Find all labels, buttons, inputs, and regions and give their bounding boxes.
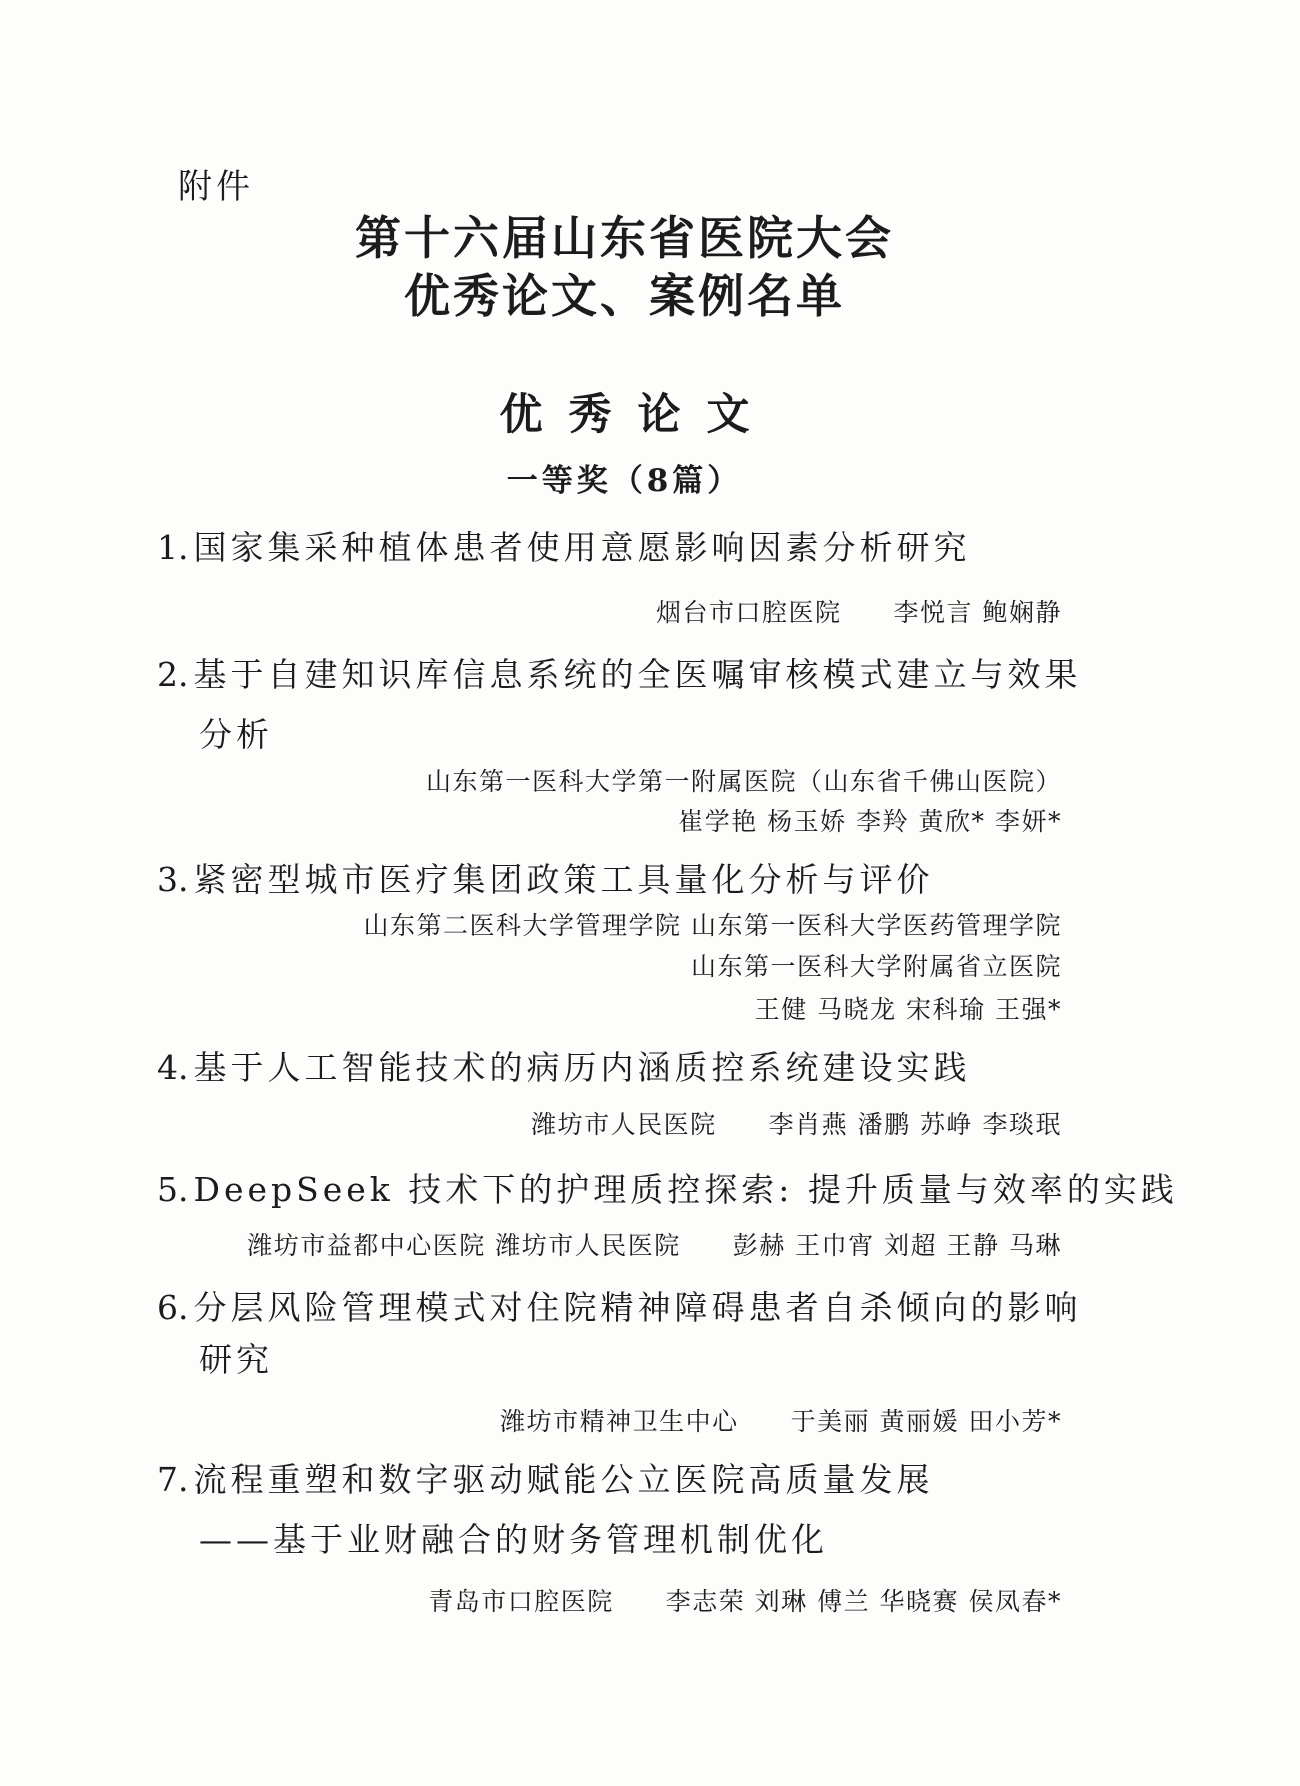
paper-6-affiliation: 潍坊市精神卫生中心于美丽 黄丽媛 田小芳*: [500, 1408, 1062, 1437]
paper-1-title: 1.国家集采种植体患者使用意愿影响因素分析研究: [157, 529, 971, 567]
paper-5-institution: 潍坊市益都中心医院 潍坊市人民医院: [247, 1231, 680, 1260]
paper-5-authors: 彭赫 王巾宵 刘超 王静 马琳: [733, 1231, 1062, 1260]
paper-6-title: 6.分层风险管理模式对住院精神障碍患者自杀倾向的影响: [157, 1289, 1082, 1327]
paper-6-title-cont: 研究: [199, 1341, 273, 1379]
paper-2-number: 2.: [157, 656, 189, 694]
paper-4-title: 4.基于人工智能技术的病历内涵质控系统建设实践: [157, 1049, 971, 1087]
paper-2-title: 2.基于自建知识库信息系统的全医嘱审核模式建立与效果: [157, 656, 1082, 694]
paper-3-institution-line-2: 山东第一医科大学附属省立医院: [691, 953, 1062, 982]
paper-7-authors: 李志荣 刘琳 傅兰 华晓赛 侯凤春*: [666, 1587, 1062, 1616]
paper-2-authors-line: 崔学艳 杨玉娇 李羚 黄欣* 李妍*: [678, 808, 1062, 837]
paper-6-institution: 潍坊市精神卫生中心: [500, 1407, 739, 1436]
paper-2-institution: 山东第一医科大学第一附属医院（山东省千佛山医院）: [426, 767, 1062, 796]
paper-5-title: 5.DeepSeek 技术下的护理质控探索: 提升质量与效率的实践: [157, 1171, 1178, 1209]
paper-3-institution-line-1: 山东第二医科大学管理学院 山东第一医科大学医药管理学院: [364, 912, 1062, 941]
paper-2-title-text: 基于自建知识库信息系统的全医嘱审核模式建立与效果: [194, 655, 1082, 694]
paper-7-institution: 青岛市口腔医院: [428, 1587, 614, 1616]
paper-4-affiliation: 潍坊市人民医院李肖燕 潘鹏 苏峥 李琰珉: [531, 1111, 1062, 1140]
paper-3-number: 3.: [157, 861, 189, 899]
paper-7-number: 7.: [157, 1461, 189, 1499]
paper-3-institutions-a: 山东第二医科大学管理学院 山东第一医科大学医药管理学院: [364, 911, 1062, 940]
paper-7-title-cont: ——基于业财融合的财务管理机制优化: [199, 1521, 828, 1559]
paper-7-affiliation: 青岛市口腔医院李志荣 刘琳 傅兰 华晓赛 侯凤春*: [428, 1588, 1062, 1617]
paper-2-institution-line: 山东第一医科大学第一附属医院（山东省千佛山医院）: [426, 768, 1062, 797]
document-title-line2: 优秀论文、案例名单: [172, 270, 1077, 323]
paper-3-authors: 王健 马晓龙 宋科瑜 王强*: [755, 995, 1062, 1024]
paper-2-title-cont: 分析: [199, 716, 273, 754]
paper-3-authors-line: 王健 马晓龙 宋科瑜 王强*: [755, 996, 1062, 1025]
paper-1-number: 1.: [157, 529, 189, 567]
paper-5-number: 5.: [157, 1171, 189, 1209]
paper-7-title: 7.流程重塑和数字驱动赋能公立医院高质量发展: [157, 1461, 934, 1499]
paper-5-title-text: DeepSeek 技术下的护理质控探索: 提升质量与效率的实践: [194, 1170, 1178, 1209]
paper-3-title: 3.紧密型城市医疗集团政策工具量化分析与评价: [157, 861, 934, 899]
paper-1-title-text: 国家集采种植体患者使用意愿影响因素分析研究: [194, 528, 971, 567]
attachment-label: 附件: [178, 168, 254, 207]
document-page: 附件 第十六届山东省医院大会 优秀论文、案例名单 优秀论文 一等奖（8篇） 1.…: [0, 0, 1300, 1786]
paper-5-affiliation: 潍坊市益都中心医院 潍坊市人民医院彭赫 王巾宵 刘超 王静 马琳: [247, 1232, 1062, 1261]
paper-3-title-text: 紧密型城市医疗集团政策工具量化分析与评价: [194, 860, 934, 899]
paper-2-authors: 崔学艳 杨玉娇 李羚 黄欣* 李妍*: [678, 807, 1062, 836]
paper-4-institution: 潍坊市人民医院: [531, 1110, 717, 1139]
paper-7-title-text: 流程重塑和数字驱动赋能公立医院高质量发展: [194, 1460, 934, 1499]
paper-1-authors: 李悦言 鲍娴静: [894, 598, 1062, 627]
paper-6-number: 6.: [157, 1289, 189, 1327]
paper-6-title-text: 分层风险管理模式对住院精神障碍患者自杀倾向的影响: [194, 1288, 1082, 1327]
paper-4-title-text: 基于人工智能技术的病历内涵质控系统建设实践: [194, 1048, 971, 1087]
paper-4-authors: 李肖燕 潘鹏 苏峥 李琰珉: [769, 1110, 1062, 1139]
document-title-line1: 第十六届山东省医院大会: [172, 212, 1077, 265]
paper-6-authors: 于美丽 黄丽媛 田小芳*: [791, 1407, 1062, 1436]
section-heading: 优秀论文: [172, 391, 1077, 440]
paper-1-institution: 烟台市口腔医院: [656, 598, 842, 627]
paper-4-number: 4.: [157, 1049, 189, 1087]
paper-1-affiliation: 烟台市口腔医院李悦言 鲍娴静: [656, 599, 1062, 628]
award-heading: 一等奖（8篇）: [172, 464, 1077, 500]
paper-3-institutions-b: 山东第一医科大学附属省立医院: [691, 952, 1062, 981]
